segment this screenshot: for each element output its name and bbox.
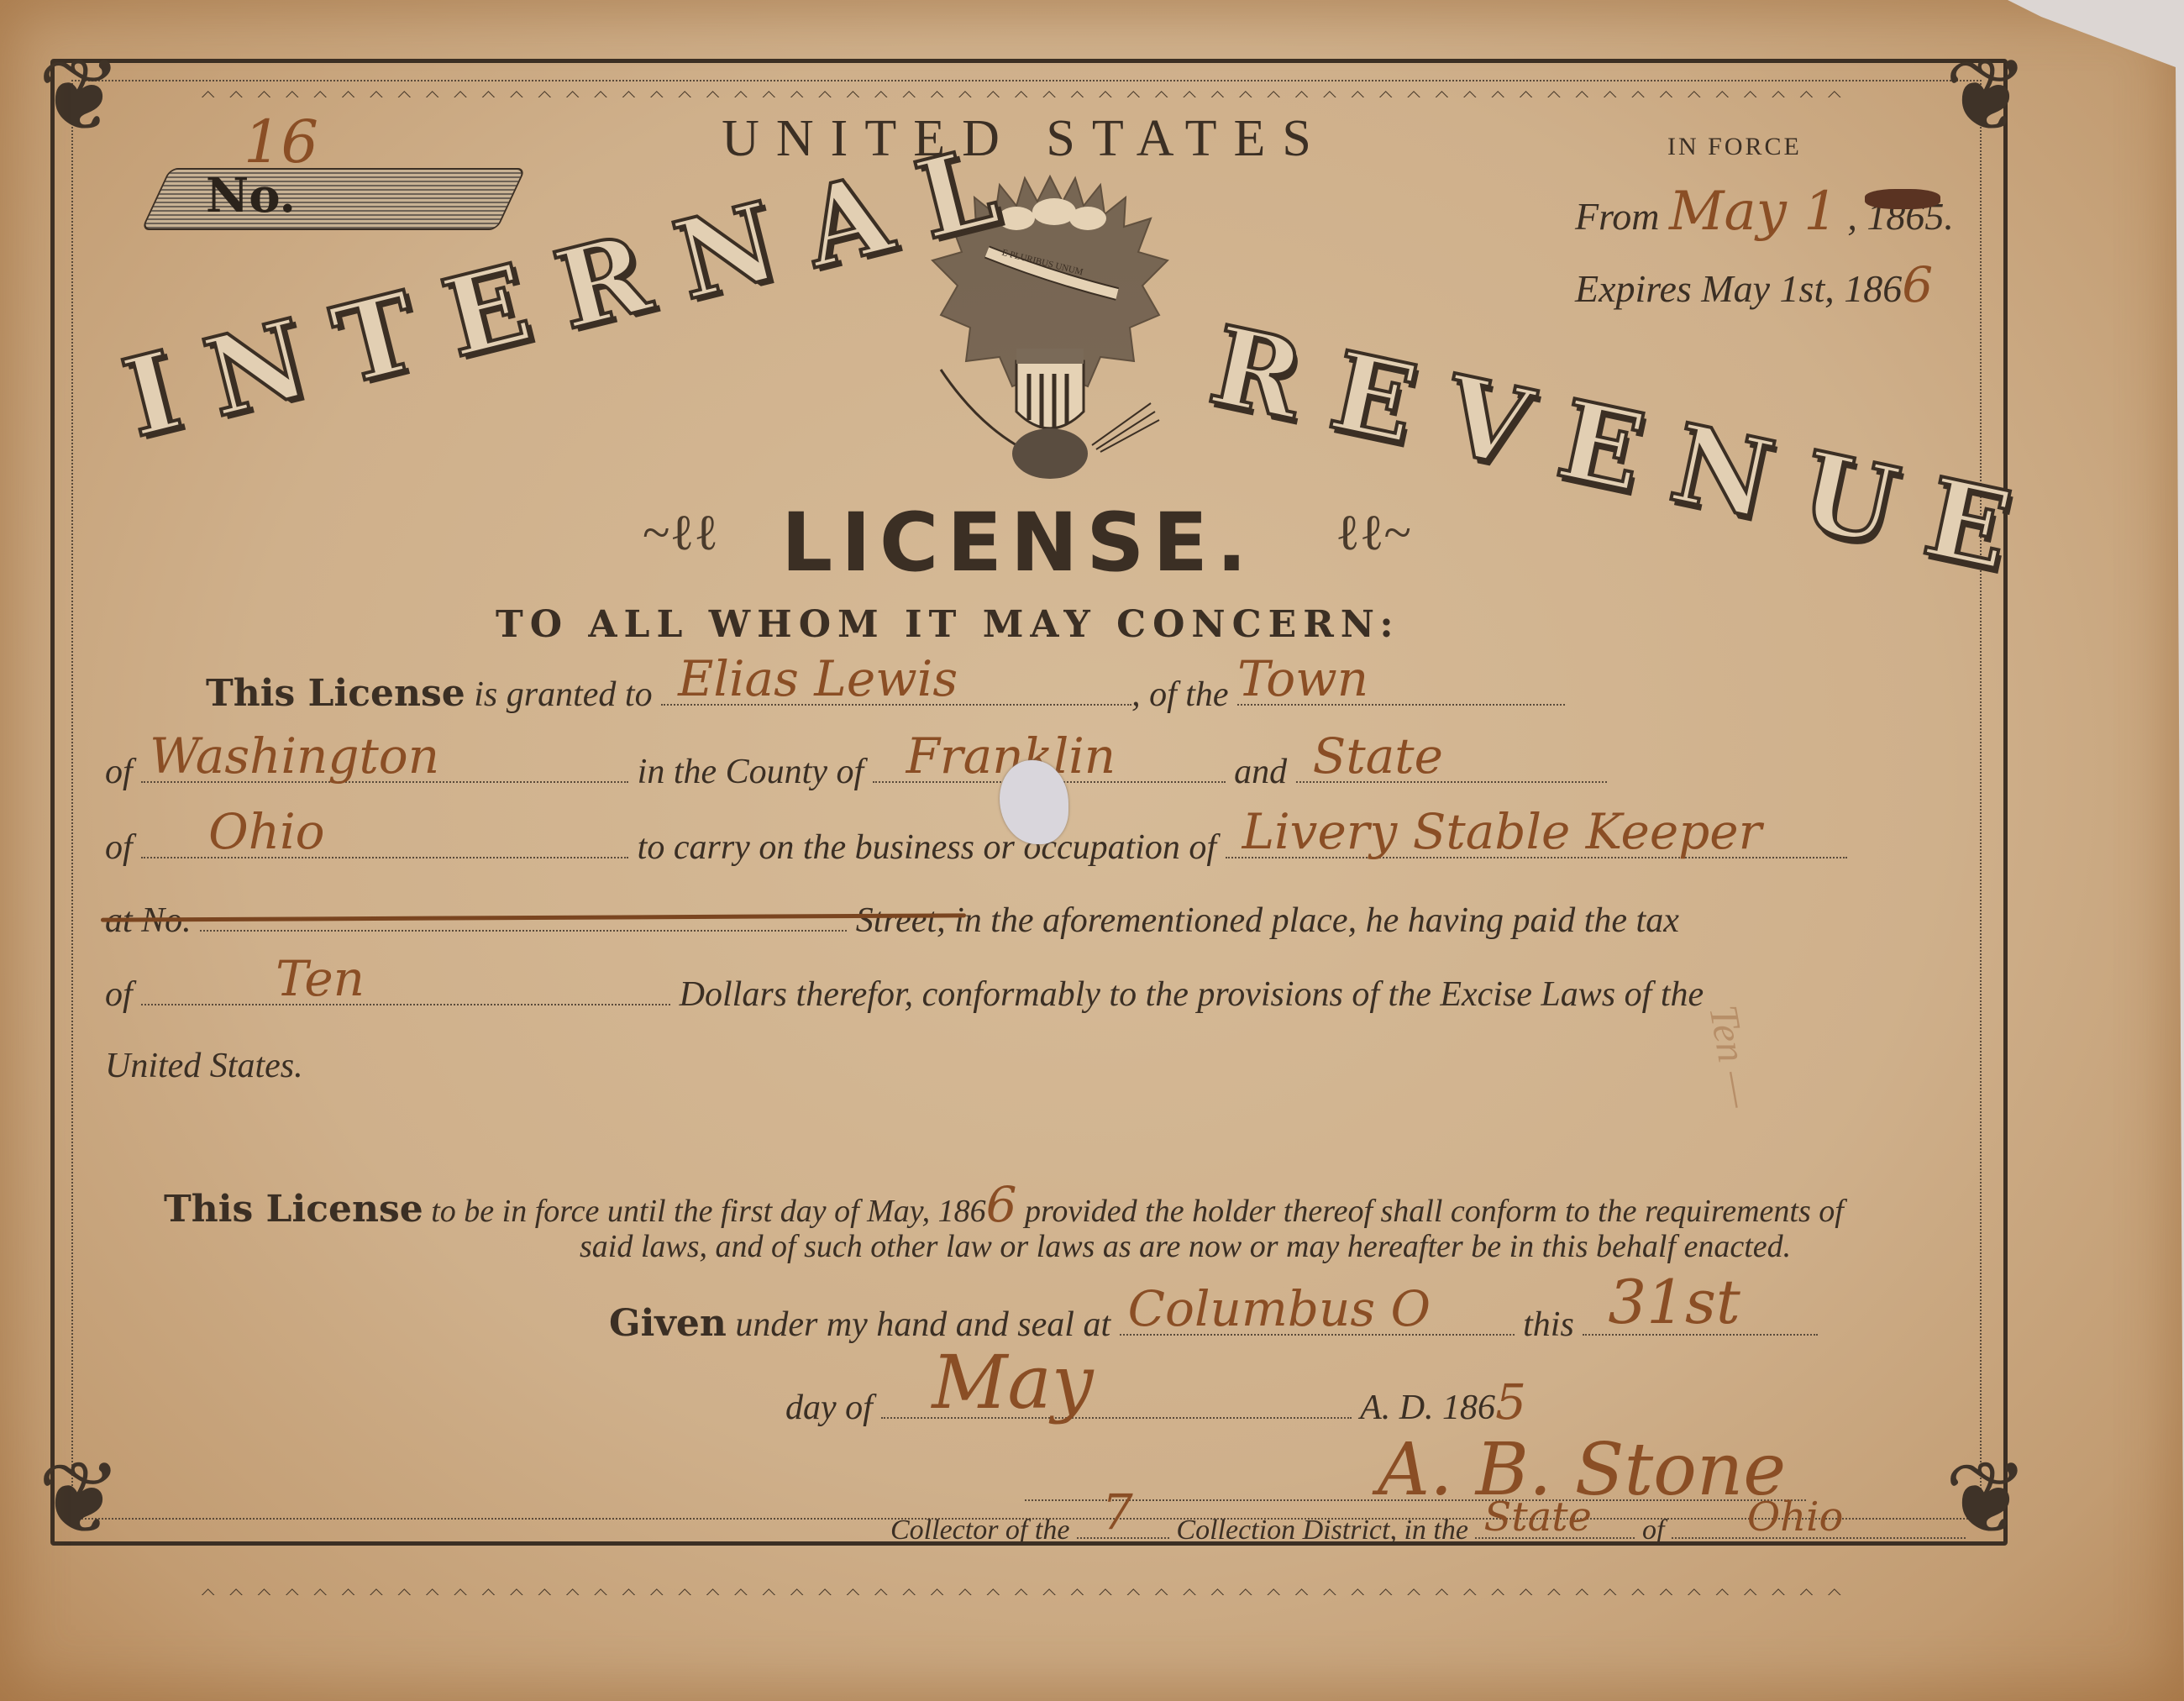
license-title: LICENSE. xyxy=(781,496,1255,590)
expires-year-digit: 6 xyxy=(1902,256,1933,313)
occupation-text: to carry on the business or occupation o… xyxy=(638,828,1216,867)
collector-jurisdiction-field: State xyxy=(1475,1512,1635,1539)
occupation-field: Livery Stable Keeper xyxy=(1226,832,1847,858)
given-month-line: day of May A. D. 1865 xyxy=(785,1373,2184,1431)
ad-label: A. D. 186 xyxy=(1360,1389,1495,1427)
validity-line-1: This License to be in force until the fi… xyxy=(164,1176,2184,1233)
body-line-state-occupation: of Ohio to carry on the business or occu… xyxy=(105,827,2184,868)
state-name: Ohio xyxy=(208,803,324,860)
collector-state-field: Ohio xyxy=(1672,1512,1966,1539)
number-label: No. xyxy=(206,168,296,223)
license-paper: ◇◇◇◇◇◇◇◇◇◇◇◇◇◇◇◇◇◇◇◇◇◇◇◇◇◇◇◇◇◇◇◇◇◇◇◇◇◇◇◇… xyxy=(0,0,2184,1701)
collection-district-text: Collection District, in the xyxy=(1176,1515,1468,1546)
ink-stain xyxy=(1865,189,1940,209)
granted-to-text: is granted to xyxy=(474,675,652,714)
header-united-states: UNITED STATES xyxy=(664,109,1386,169)
body-line-united-states: United States. xyxy=(105,1046,2184,1086)
expires-prefix: Expires May 1st, 186 xyxy=(1575,267,1902,310)
place-field: Columbus O xyxy=(1120,1309,1515,1336)
of-text: of xyxy=(1642,1515,1664,1546)
dollars-text: Dollars therefor, conformably to the pro… xyxy=(680,975,1704,1014)
amount-field: Ten xyxy=(141,979,670,1005)
body-line-licensee: This License is granted to Elias Lewis, … xyxy=(206,672,2184,715)
corner-ornament-top-right: ❦ xyxy=(1924,34,2050,160)
jurisdiction-field: State xyxy=(1296,756,1607,783)
town-field: Washington xyxy=(141,756,628,783)
bottom-diamond-border: ◇◇◇◇◇◇◇◇◇◇◇◇◇◇◇◇◇◇◇◇◇◇◇◇◇◇◇◇◇◇◇◇◇◇◇◇◇◇◇◇… xyxy=(202,1583,1982,1595)
state-field: Ohio xyxy=(141,832,628,858)
collector-line: Collector of the 7 Collection District, … xyxy=(890,1512,2184,1546)
body-line-town-county: of Washington in the County of Franklin … xyxy=(105,752,2184,792)
collector-state: Ohio xyxy=(1747,1494,1844,1541)
collector-jurisdiction: State xyxy=(1483,1494,1591,1541)
flourish-right-icon: ℓℓ~ xyxy=(1336,504,1411,562)
handwritten-number: 16 xyxy=(244,108,318,176)
lead-this-license: This License xyxy=(206,672,465,715)
corner-ornament-top-left: ❦ xyxy=(17,34,143,160)
given-month: May xyxy=(932,1339,1093,1425)
licensee-name: Elias Lewis xyxy=(678,650,958,707)
locality-type: Town xyxy=(1237,650,1368,707)
tax-paid-text: having paid the tax xyxy=(1408,901,1679,940)
title-internal: INTERNAL xyxy=(113,116,1042,462)
given-year-digit: 5 xyxy=(1495,1373,1526,1431)
jurisdiction: State xyxy=(1313,727,1443,785)
lead-given: Given xyxy=(609,1302,727,1345)
county-name: Franklin xyxy=(906,727,1116,785)
county-text: in the County of xyxy=(638,753,864,791)
eagle-seal-icon: E PLURIBUS UNUM xyxy=(907,168,1193,487)
inner-dotted-border xyxy=(71,80,1982,1520)
and-text: and xyxy=(1234,753,1287,791)
county-field: Franklin xyxy=(873,756,1226,783)
outer-border xyxy=(50,59,2008,1546)
of-the-text: , of the xyxy=(1131,675,1228,714)
salutation: TO ALL WHOM IT MAY CONCERN: xyxy=(496,603,1400,646)
validity-text: to be in force until the first day of Ma… xyxy=(431,1194,985,1229)
of-text: of xyxy=(105,975,133,1014)
body-line-amount: of Ten Dollars therefor, conformably to … xyxy=(105,974,2184,1015)
validity-line-2: said laws, and of such other law or laws… xyxy=(580,1228,2184,1265)
expires-line: Expires May 1st, 1866 xyxy=(1575,256,1933,313)
validity-year-digit: 6 xyxy=(986,1176,1017,1233)
from-date: May 1 xyxy=(1669,181,1838,243)
licensee-field: Elias Lewis xyxy=(661,679,1131,706)
given-place: Columbus O xyxy=(1128,1280,1431,1337)
corner-ornament-bottom-right: ❦ xyxy=(1924,1436,2050,1562)
tax-amount: Ten xyxy=(276,950,365,1007)
number-plate xyxy=(141,168,527,230)
district-number: 7 xyxy=(1102,1483,1133,1541)
given-day: 31st xyxy=(1608,1267,1740,1337)
signature-line xyxy=(1025,1499,1806,1501)
in-force-from: From May 1 , 1865. xyxy=(1575,181,1954,243)
street-text: Street, in the aforementioned place, xyxy=(856,901,1357,940)
given-line: Given under my hand and seal at Columbus… xyxy=(609,1302,2184,1345)
month-field: May xyxy=(881,1392,1352,1419)
district-field: 7 xyxy=(1077,1512,1169,1539)
at-no-text: at No. xyxy=(105,901,192,940)
of-text: of xyxy=(105,753,133,791)
from-year: , 1865. xyxy=(1847,195,1954,238)
this-text: this xyxy=(1523,1305,1574,1344)
strikethrough-street xyxy=(101,913,966,921)
from-prefix: From xyxy=(1575,195,1660,238)
collector-signature: A. B. Stone xyxy=(1378,1428,1786,1512)
faded-offset-writing: Ten — xyxy=(1699,1002,1762,1111)
given-text: under my hand and seal at xyxy=(735,1305,1110,1344)
day-field: 31st xyxy=(1583,1309,1818,1336)
top-diamond-border: ◇◇◇◇◇◇◇◇◇◇◇◇◇◇◇◇◇◇◇◇◇◇◇◇◇◇◇◇◇◇◇◇◇◇◇◇◇◇◇◇… xyxy=(202,86,1982,97)
town-name: Washington xyxy=(150,727,439,785)
pronoun: he xyxy=(1366,901,1399,940)
svg-text:E PLURIBUS UNUM: E PLURIBUS UNUM xyxy=(1001,248,1084,278)
corner-ornament-bottom-left: ❦ xyxy=(17,1436,143,1562)
lead-this-license-2: This License xyxy=(164,1188,423,1231)
title-revenue: REVENUE xyxy=(1200,302,2054,601)
collector-of-text: Collector of the xyxy=(890,1515,1069,1546)
in-force-label: IN FORCE xyxy=(1667,133,1802,161)
flourish-left-icon: ~ℓℓ xyxy=(643,504,718,562)
body-line-street: at No. Street, in the aforementioned pla… xyxy=(105,900,2184,941)
of-text: of xyxy=(105,828,133,867)
paper-hole xyxy=(1000,760,1068,844)
street-field xyxy=(200,905,847,932)
validity-provision-text: provided the holder thereof shall confor… xyxy=(1025,1194,1844,1229)
locality-type-field: Town xyxy=(1237,679,1565,706)
united-states-text: United States. xyxy=(105,1047,303,1085)
validity-laws-text: said laws, and of such other law or laws… xyxy=(580,1229,1791,1264)
occupation: Livery Stable Keeper xyxy=(1242,803,1762,860)
day-of-text: day of xyxy=(785,1389,873,1427)
